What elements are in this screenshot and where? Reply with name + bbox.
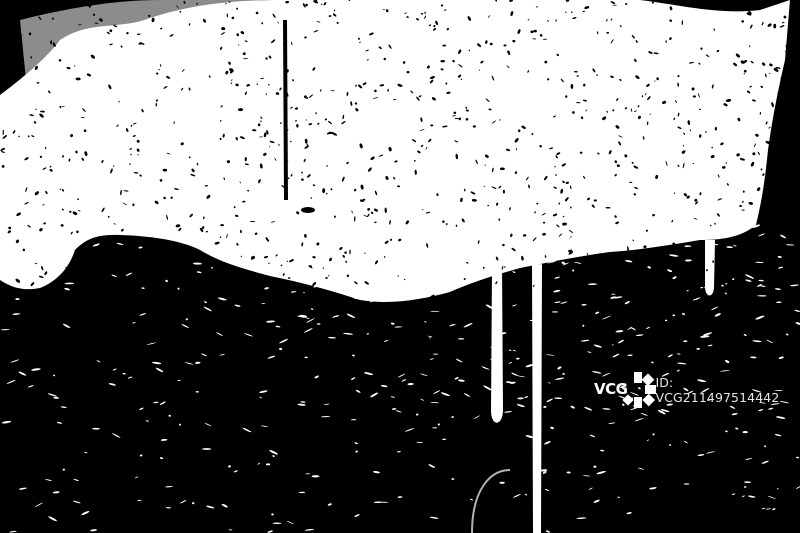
spray-paint-texture [0,0,800,533]
vcg-watermark: VCG ID: VCG211497514442 [592,368,800,412]
paint-drip [705,240,715,296]
paint-drip [532,264,542,533]
grunge-texture-image: VCG ID: VCG211497514442 [0,0,800,533]
vcg-image-id: ID: VCG211497514442 [655,375,800,405]
vcg-logo: VCG [592,368,653,412]
vcg-starburst-icon [622,372,656,408]
